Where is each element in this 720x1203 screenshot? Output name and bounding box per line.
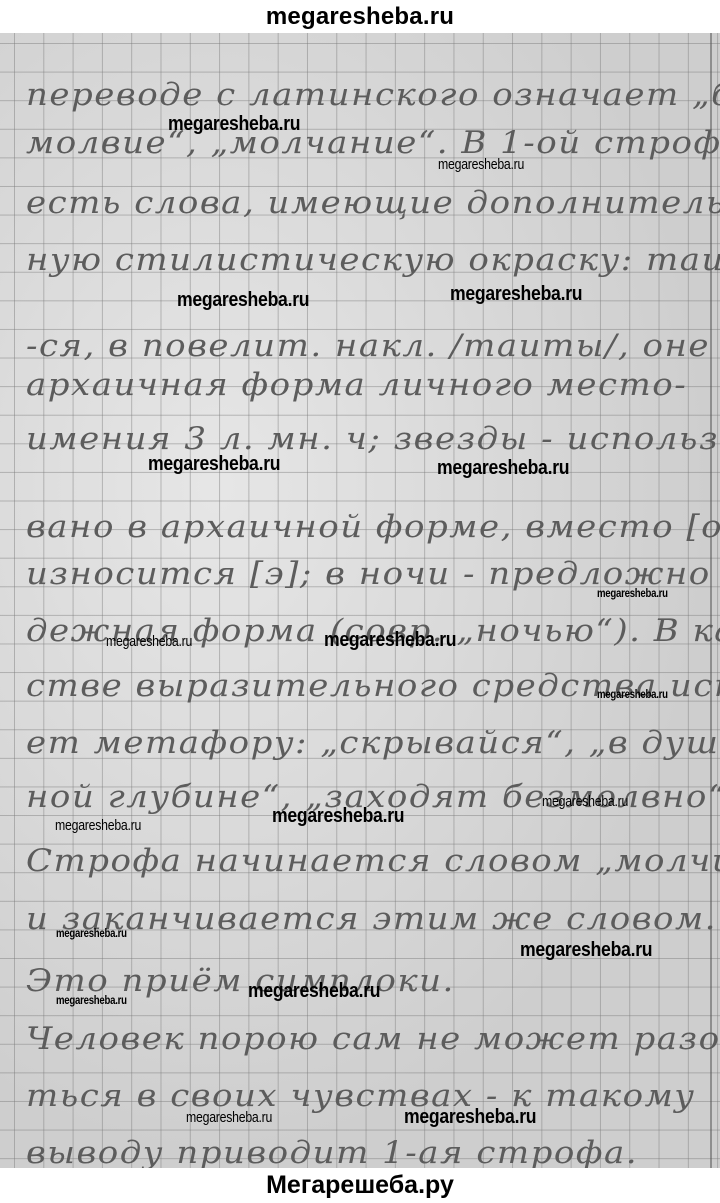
handwritten-line: молвие“, „молчание“. В 1-ой строфе bbox=[26, 125, 706, 162]
watermark: megaresheba.ru bbox=[272, 805, 404, 828]
handwritten-line: вано в архаичной форме, вместо [о] про- bbox=[26, 509, 706, 546]
handwritten-line: выводу приводит 1-ая строфа. bbox=[26, 1135, 706, 1168]
watermark: megaresheba.ru bbox=[106, 633, 192, 650]
watermark: megaresheba.ru bbox=[438, 156, 524, 173]
handwritten-line: ться в своих чувствах - к такому bbox=[26, 1078, 706, 1115]
watermark: megaresheba.ru bbox=[437, 457, 569, 480]
site-header-title: megaresheba.ru bbox=[266, 0, 454, 33]
site-footer: Мегарешеба.ру bbox=[0, 1168, 720, 1203]
watermark: megaresheba.ru bbox=[148, 453, 280, 476]
handwritten-line: имения 3 л. мн. ч; звезды - использо- bbox=[26, 421, 706, 458]
watermark: megaresheba.ru bbox=[168, 113, 300, 136]
handwritten-line: Строфа начинается словом „молчи“ bbox=[26, 843, 706, 880]
watermark: megaresheba.ru bbox=[324, 629, 456, 652]
watermark: megaresheba.ru bbox=[186, 1109, 272, 1126]
handwritten-line: Человек порою сам не может разобра- bbox=[26, 1021, 706, 1058]
watermark: megaresheba.ru bbox=[597, 586, 668, 600]
watermark: megaresheba.ru bbox=[404, 1106, 536, 1129]
site-header: megaresheba.ru bbox=[0, 0, 720, 33]
handwritten-line: ет метафору: „скрывайся“, „в душев- bbox=[26, 725, 706, 762]
watermark: megaresheba.ru bbox=[248, 980, 380, 1003]
watermark: megaresheba.ru bbox=[450, 283, 582, 306]
watermark: megaresheba.ru bbox=[56, 926, 127, 940]
watermark: megaresheba.ru bbox=[56, 993, 127, 1007]
handwritten-line: переводе с латинского означает „без- bbox=[26, 77, 706, 114]
watermark: megaresheba.ru bbox=[520, 939, 652, 962]
watermark: megaresheba.ru bbox=[542, 793, 628, 810]
handwritten-line: архаичная форма личного место- bbox=[26, 367, 706, 404]
handwritten-line: ную стилистическую окраску: таи- bbox=[26, 242, 706, 279]
handwritten-line: есть слова, имеющие дополнитель- bbox=[26, 185, 706, 222]
site-footer-title: Мегарешеба.ру bbox=[266, 1168, 454, 1203]
handwritten-line: и заканчивается этим же словом. bbox=[26, 901, 706, 938]
notebook-page-scan: переводе с латинского означает „без- мол… bbox=[0, 33, 720, 1168]
watermark: megaresheba.ru bbox=[55, 817, 141, 834]
handwritten-line: -ся, в повелит. накл. /таиты/, оне - bbox=[26, 328, 706, 365]
watermark: megaresheba.ru bbox=[597, 687, 668, 701]
watermark: megaresheba.ru bbox=[177, 289, 309, 312]
